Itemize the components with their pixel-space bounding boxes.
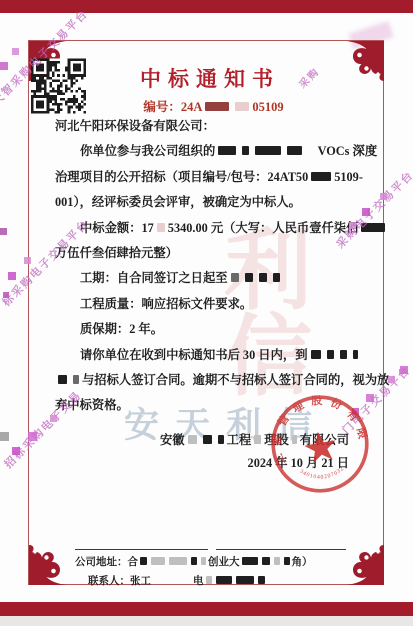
text-run: 治理项目的公开招标（项目编号/包号：24AT50: [55, 170, 308, 184]
svg-text:3401040207032: 3401040207032: [298, 461, 346, 484]
svg-text:工程管理股份有限公司: 工程管理股份有限公司: [268, 392, 372, 468]
text-run: 你单位参与我公司组织的: [80, 144, 215, 158]
watermark-pixel-square: [3, 292, 9, 298]
footer-lines: 公司地址：合创业大角）联系人：张工 电: [75, 554, 313, 591]
company-seal-stamp: 工程管理股份有限公司 3401040207032: [268, 392, 372, 496]
redaction-block: [242, 146, 249, 155]
scanned-award-notice-page: { "document": { "title": "中标通知书", "numbe…: [0, 0, 413, 626]
text-run: 质保期：2 年。: [80, 322, 163, 336]
text-run: 工程质量：响应招标文件要求。: [80, 297, 252, 311]
body-line: 你单位参与我公司组织的 VOCs 深度: [55, 139, 375, 164]
redaction-block: [273, 273, 280, 282]
watermark-pixel-square: [400, 366, 408, 374]
redaction-block: [73, 375, 79, 384]
top-red-band: [0, 0, 413, 13]
text-run: 5340.00 元（大写：人民币壹仟柒佰: [168, 221, 359, 235]
redaction-block: [218, 435, 224, 444]
text-run: 中标金额：17: [80, 221, 154, 235]
body-lines: 你单位参与我公司组织的 VOCs 深度治理项目的公开招标（项目编号/包号：24A…: [55, 139, 375, 418]
footer-line: 公司地址：合创业大角）: [75, 554, 313, 573]
body-line: 治理项目的公开招标（项目编号/包号：24AT505109-: [55, 165, 375, 190]
watermark-pixel-square: [8, 272, 16, 280]
redaction-block: [151, 557, 165, 565]
recipient-line: 河北午阳环保设备有限公司：: [55, 114, 375, 139]
redaction-block: [140, 557, 147, 565]
redaction-block: [284, 557, 290, 565]
text-run: 请你单位在收到中标通知书后 30 日内，到: [80, 348, 308, 362]
footer-divider-right: [216, 549, 346, 550]
redaction-block: [58, 375, 67, 384]
corner-ornament-icon: [344, 545, 384, 585]
text-run: 安徽: [160, 433, 185, 447]
redaction-block: [311, 350, 321, 359]
redaction-block: [287, 146, 302, 155]
body-line: 请你单位在收到中标通知书后 30 日内，到: [55, 343, 375, 368]
footer-line: 联系人：张工 电: [75, 573, 313, 592]
body-line: 001），经评标委员会评审，被确定为中标人。: [55, 190, 375, 215]
seal-number: 3401040207032: [298, 461, 346, 484]
redaction-block: [191, 557, 197, 565]
redaction-block: [188, 435, 197, 444]
seal-star-icon: [302, 429, 338, 464]
text-run: 5109-: [334, 170, 363, 184]
redaction-block: [169, 557, 187, 565]
redaction-block: [262, 557, 270, 565]
text-run: 弃中标资格。: [55, 398, 129, 412]
document-number: 编号：24A05109: [0, 97, 413, 115]
redaction-block: [216, 576, 232, 584]
redaction-block: [218, 146, 236, 155]
text-run: VOCs 深度: [305, 144, 377, 158]
text-run: 05109: [252, 100, 283, 114]
seal-arc-text: 工程管理股份有限公司: [268, 392, 372, 468]
text-run: 编号：24A: [143, 100, 202, 114]
redaction-block: [245, 273, 253, 282]
text-run: 公司地址：合: [75, 557, 138, 568]
text-run: 角）: [292, 557, 313, 568]
redaction-block: [274, 557, 280, 565]
body-line: 万伍仟叁佰肆拾元整）: [55, 241, 375, 266]
body-line: 工期：自合同签订之日起至: [55, 266, 375, 291]
body-line: 与招标人签订合同。逾期不与招标人签订合同的，视为放: [55, 368, 375, 393]
redaction-block: [201, 557, 206, 565]
page-title: 中标通知书: [0, 63, 413, 93]
redaction-block: [254, 435, 261, 444]
redaction-block: [361, 223, 385, 232]
redaction-block: [236, 576, 254, 584]
watermark-pixel-square: [12, 48, 19, 55]
corner-ornament-icon: [29, 545, 69, 585]
redaction-block: [327, 350, 334, 359]
watermark-pixel-square: [0, 228, 7, 235]
watermark-pixel-square: [0, 432, 9, 441]
redaction-block: [311, 172, 331, 181]
redaction-block: [205, 102, 229, 111]
redaction-block: [340, 350, 347, 359]
text-run: 万伍仟叁佰肆拾元整）: [55, 246, 178, 260]
text-run: 与招标人签订合同。逾期不与招标人签订合同的，视为放: [82, 373, 389, 387]
text-run: 工程: [227, 433, 252, 447]
text-run: 工期：自合同签订之日起至: [80, 271, 228, 285]
text-run: 联系人：张工 电: [88, 576, 204, 587]
redaction-block: [255, 146, 281, 155]
redaction-block: [157, 223, 165, 232]
redaction-block: [206, 576, 212, 584]
page-bottom-margin: [0, 616, 413, 626]
redaction-block: [242, 557, 258, 565]
redaction-block: [231, 273, 239, 282]
text-run: 001），经评标委员会评审，被确定为中标人。: [55, 195, 301, 209]
body-line: 工程质量：响应招标文件要求。: [55, 292, 375, 317]
body-line: 中标金额：175340.00 元（大写：人民币壹仟柒佰: [55, 216, 375, 241]
footer-divider-left: [75, 549, 208, 550]
redaction-block: [353, 350, 358, 359]
watermark-pixel-square: [12, 447, 20, 455]
redaction-block: [258, 576, 265, 584]
text-run: 创业大: [208, 557, 240, 568]
redaction-block: [235, 102, 249, 111]
bottom-red-band: [0, 602, 413, 616]
body-line: 质保期：2 年。: [55, 317, 375, 342]
redaction-block: [203, 435, 212, 444]
redaction-block: [259, 273, 267, 282]
document-body: 河北午阳环保设备有限公司： 你单位参与我公司组织的 VOCs 深度治理项目的公开…: [55, 114, 375, 419]
